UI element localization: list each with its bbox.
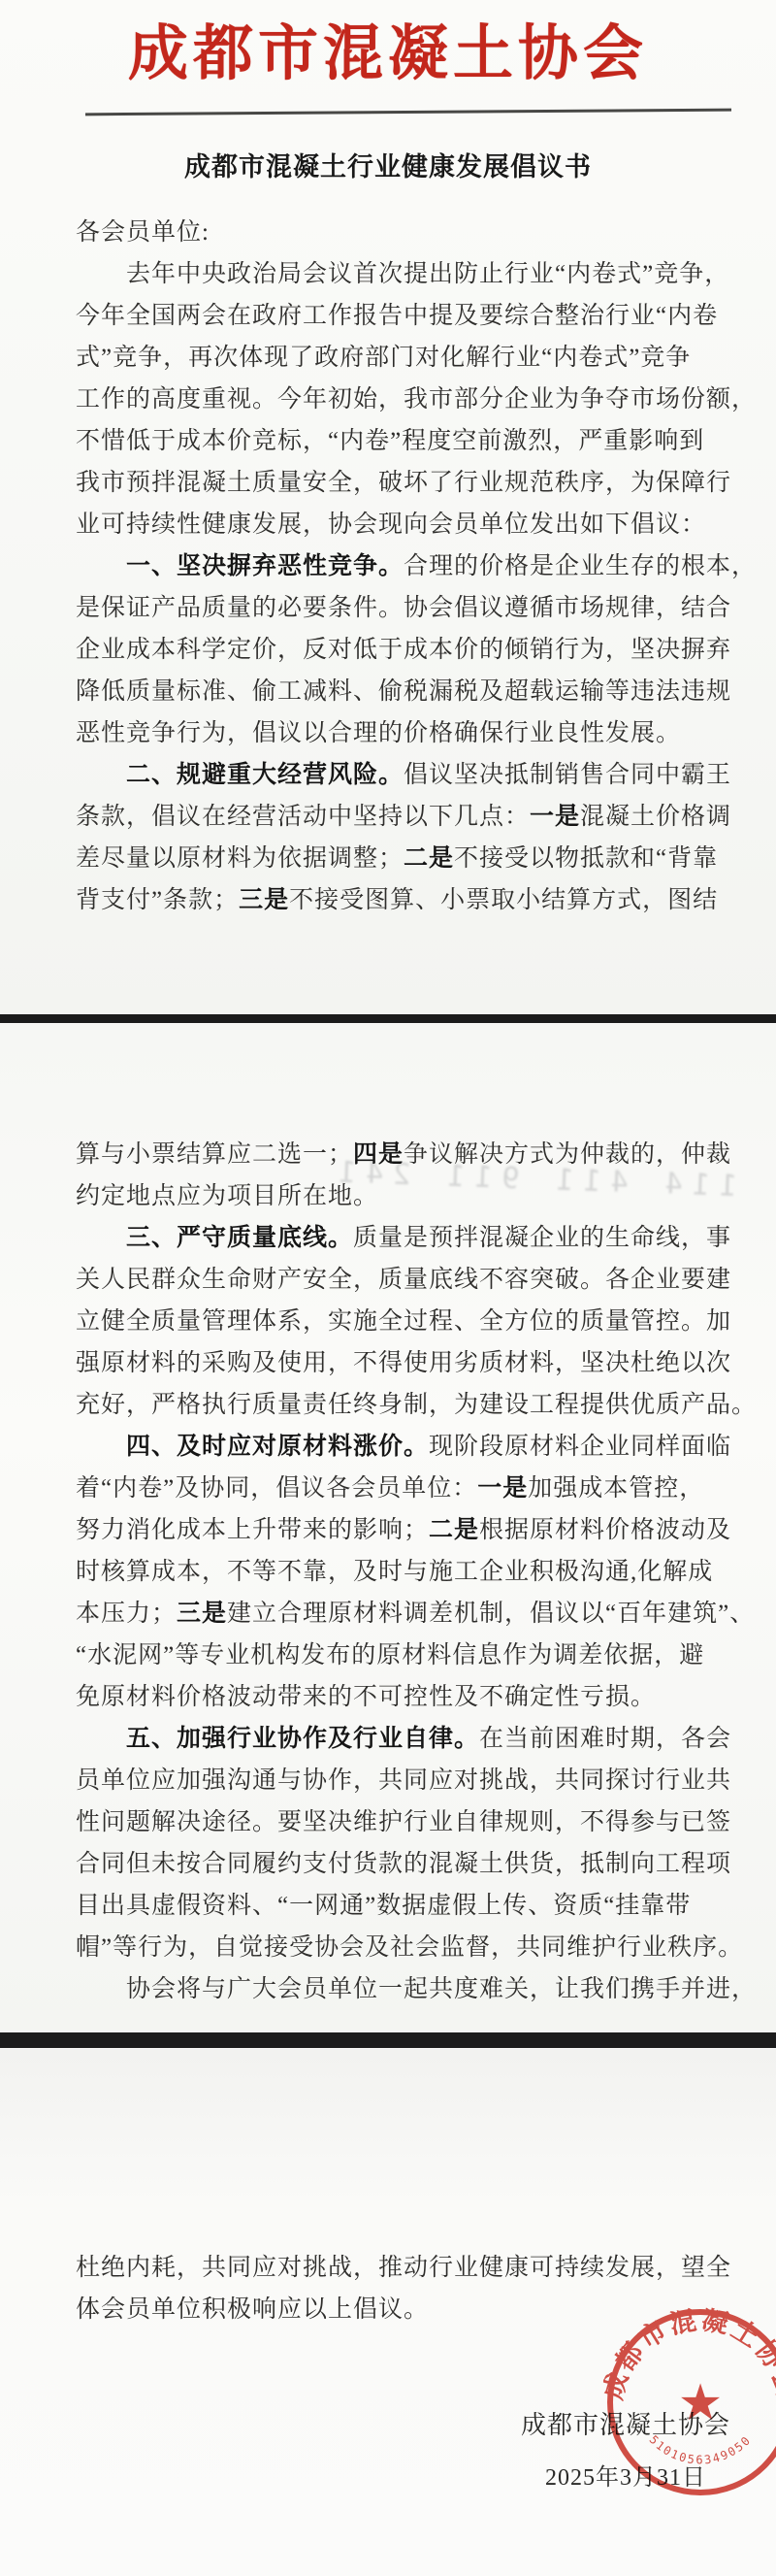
text-segment: 企业成本科学定价，反对低于成本价的倾销行为，坚决摒弃 xyxy=(76,637,731,663)
text-line: 时核算成本，不等不靠，及时与施工企业积极沟通,化解成 xyxy=(76,1551,735,1593)
text-line: 性问题解决途径。要坚决维护行业自律规则，不得参与已签 xyxy=(76,1801,735,1843)
bold-text-segment: 五、加强行业协作及行业自律。 xyxy=(126,1726,479,1752)
text-line: 算与小票结算应二选一；四是争议解决方式为仲裁的，仲裁 xyxy=(76,1134,735,1175)
text-line: 本压力；三是建立合理原材料调差机制，倡议以“百年建筑”、 xyxy=(76,1593,735,1635)
text-line: 着“内卷”及协同，倡议各会员单位：一是加强成本管控， xyxy=(76,1468,735,1509)
letterhead-title: 成都市混凝土协会 xyxy=(0,16,776,93)
text-segment: 立健全质量管理体系，实施全过程、全方位的质量管控。加 xyxy=(76,1308,731,1335)
document-title: 成都市混凝土行业健康发展倡议书 xyxy=(0,146,776,183)
text-line: 恶性竞争行为，倡议以合理的价格确保行业良性发展。 xyxy=(76,712,735,754)
text-segment: 目出具虚假资料、“一网通”数据虚假上传、资质“挂靠带 xyxy=(76,1893,691,1919)
page-3: 杜绝内耗，共同应对挑战，推动行业健康可持续发展，望全体会员单位积极响应以上倡议。… xyxy=(0,2049,776,2576)
text-segment: 杜绝内耗，共同应对挑战，推动行业健康可持续发展，望全 xyxy=(76,2255,731,2281)
bold-text-segment: 一是 xyxy=(530,804,580,830)
bold-text-segment: 二、规避重大经营风险。 xyxy=(126,762,404,788)
text-line: 二、规避重大经营风险。倡议坚决抵制销售合同中霸王 xyxy=(76,754,735,796)
text-segment: 工作的高度重视。今年初始，我市部分企业为争夺市场份额， xyxy=(76,386,757,413)
text-segment: 强原材料的采购及使用，不得使用劣质材料，坚决杜绝以次 xyxy=(76,1350,731,1376)
text-segment: 着“内卷”及协同，倡议各会员单位： xyxy=(76,1475,477,1502)
text-segment: 不接受图算、小票取小结算方式，图结 xyxy=(289,887,718,913)
text-segment: 降低质量标准、偷工减料、偷税漏税及超载运输等违法违规 xyxy=(76,678,731,705)
text-line: 去年中央政治局会议首次提出防止行业“内卷式”竞争， xyxy=(76,253,735,295)
text-line: 不惜低于成本价竞标，“内卷”程度空前激烈，严重影响到 xyxy=(76,420,735,462)
text-segment: 加强成本管控， xyxy=(528,1475,704,1502)
text-line: 合同但未按合同履约支付货款的混凝土供货，抵制向工程项 xyxy=(76,1843,735,1885)
text-segment: 差尽量以原材料为依据调整； xyxy=(76,845,404,872)
text-line: 三、严守质量底线。质量是预拌混凝企业的生命线，事 xyxy=(76,1217,735,1259)
text-segment: 各会员单位: xyxy=(76,219,210,246)
bold-text-segment: 二是 xyxy=(404,845,454,872)
text-segment: 时核算成本，不等不靠，及时与施工企业积极沟通,化解成 xyxy=(76,1559,713,1585)
text-segment: 关人民群众生命财产安全，质量底线不容突破。各企业要建 xyxy=(76,1267,731,1293)
text-line: 降低质量标准、偷工减料、偷税漏税及超载运输等违法违规 xyxy=(76,671,735,712)
text-line: 式”竞争，再次体现了政府部门对化解行业“内卷式”竞争 xyxy=(76,337,735,379)
text-segment: 算与小票结算应二选一； xyxy=(76,1141,353,1168)
text-line: 五、加强行业协作及行业自律。在当前困难时期，各会 xyxy=(76,1718,735,1760)
text-segment: 性问题解决途径。要坚决维护行业自律规则，不得参与已签 xyxy=(76,1809,731,1835)
text-line: 强原材料的采购及使用，不得使用劣质材料，坚决杜绝以次 xyxy=(76,1342,735,1384)
text-segment: 本压力； xyxy=(76,1601,177,1627)
bold-text-segment: 一是 xyxy=(477,1475,528,1502)
text-line: 免原材料价格波动带来的不可控性及不确定性亏损。 xyxy=(76,1676,735,1718)
bold-text-segment: 四是 xyxy=(353,1141,404,1168)
text-segment: 条款，倡议在经营活动中坚持以下几点： xyxy=(76,804,530,830)
text-segment: 业可持续性健康发展，协会现向会员单位发出如下倡议： xyxy=(76,512,706,538)
text-line: 条款，倡议在经营活动中坚持以下几点：一是混凝土价格调 xyxy=(76,796,735,838)
text-line: “水泥网”等专业机构发布的原材料信息作为调差依据，避 xyxy=(76,1635,735,1676)
text-line: 今年全国两会在政府工作报告中提及要综合整治行业“内卷 xyxy=(76,295,735,337)
page-2: 114 411 911 241 算与小票结算应二选一；四是争议解决方式为仲裁的，… xyxy=(0,1025,776,2034)
text-segment: 是保证产品质量的必要条件。协会倡议遵循市场规律，结合 xyxy=(76,595,731,621)
text-segment: 充好，严格执行质量责任终身制，为建设工程提供优质产品。 xyxy=(76,1392,757,1418)
text-segment: 我市预拌混凝土质量安全，破坏了行业规范秩序，为保障行 xyxy=(76,470,731,496)
text-line: 差尽量以原材料为依据调整；二是不接受以物抵款和“背靠 xyxy=(76,838,735,879)
text-line: 一、坚决摒弃恶性竞争。合理的价格是企业生存的根本， xyxy=(76,545,735,587)
page-separator-1 xyxy=(0,1014,776,1023)
seal-star-icon: ★ xyxy=(678,2376,724,2431)
text-line: 是保证产品质量的必要条件。协会倡议遵循市场规律，结合 xyxy=(76,587,735,629)
bold-text-segment: 三是 xyxy=(177,1601,227,1627)
text-segment: 恶性竞争行为，倡议以合理的价格确保行业良性发展。 xyxy=(76,720,681,746)
text-line: 各会员单位: xyxy=(76,212,735,253)
text-segment: 体会员单位积极响应以上倡议。 xyxy=(76,2296,429,2323)
text-segment: “水泥网”等专业机构发布的原材料信息作为调差依据，避 xyxy=(76,1642,704,1668)
text-line: 四、及时应对原材料涨价。现阶段原材料企业同样面临 xyxy=(76,1426,735,1468)
bold-text-segment: 三、严守质量底线。 xyxy=(126,1225,353,1251)
text-segment: 免原材料价格波动带来的不可控性及不确定性亏损。 xyxy=(76,1684,656,1710)
bold-text-segment: 三是 xyxy=(239,887,289,913)
scanned-document: 成都市混凝土协会 成都市混凝土行业健康发展倡议书 各会员单位:去年中央政治局会议… xyxy=(0,0,776,2576)
text-segment: 质量是预拌混凝企业的生命线，事 xyxy=(353,1225,731,1251)
text-segment: 在当前困难时期，各会 xyxy=(479,1726,731,1752)
text-line: 充好，严格执行质量责任终身制，为建设工程提供优质产品。 xyxy=(76,1384,735,1426)
letterhead-rule xyxy=(85,109,731,116)
text-line: 企业成本科学定价，反对低于成本价的倾销行为，坚决摒弃 xyxy=(76,629,735,671)
text-segment: 约定地点应为项目所在地。 xyxy=(76,1183,378,1209)
text-segment: 合同但未按合同履约支付货款的混凝土供货，抵制向工程项 xyxy=(76,1851,731,1877)
text-line: 协会将与广大会员单位一起共度难关，让我们携手并进， xyxy=(76,1968,735,2010)
text-segment: 混凝土价格调 xyxy=(580,804,731,830)
page-separator-2 xyxy=(0,2032,776,2048)
text-segment: 协会将与广大会员单位一起共度难关，让我们携手并进， xyxy=(126,1976,757,2002)
text-line: 背支付”条款；三是不接受图算、小票取小结算方式，图结 xyxy=(76,879,735,921)
text-segment: 不接受以物抵款和“背靠 xyxy=(454,845,718,872)
text-line: 业可持续性健康发展，协会现向会员单位发出如下倡议： xyxy=(76,504,735,545)
seal-code: 5101056349050 xyxy=(647,2432,755,2466)
text-segment: 努力消化成本上升带来的影响； xyxy=(76,1517,429,1543)
text-segment: 不惜低于成本价竞标，“内卷”程度空前激烈，严重影响到 xyxy=(76,428,704,454)
text-line: 目出具虚假资料、“一网通”数据虚假上传、资质“挂靠带 xyxy=(76,1885,735,1927)
text-line: 帽”等行为，自觉接受协会及社会监督，共同维护行业秩序。 xyxy=(76,1927,735,1968)
bold-text-segment: 一、坚决摒弃恶性竞争。 xyxy=(126,553,404,579)
text-segment: 现阶段原材料企业同样面临 xyxy=(429,1434,731,1460)
text-segment: 今年全国两会在政府工作报告中提及要综合整治行业“内卷 xyxy=(76,303,718,329)
bold-text-segment: 二是 xyxy=(429,1517,479,1543)
text-line: 工作的高度重视。今年初始，我市部分企业为争夺市场份额， xyxy=(76,379,735,420)
page-2-body: 算与小票结算应二选一；四是争议解决方式为仲裁的，仲裁约定地点应为项目所在地。三、… xyxy=(76,1134,735,2010)
text-segment: 倡议坚决抵制销售合同中霸王 xyxy=(404,762,731,788)
text-segment: 建立合理原材料调差机制，倡议以“百年建筑”、 xyxy=(227,1601,755,1627)
text-line: 立健全质量管理体系，实施全过程、全方位的质量管控。加 xyxy=(76,1301,735,1342)
official-seal-stamp: 成都市混凝土协会 ★ 5101056349050 xyxy=(603,2305,776,2499)
text-line: 努力消化成本上升带来的影响；二是根据原材料价格波动及 xyxy=(76,1509,735,1551)
text-line: 我市预拌混凝土质量安全，破坏了行业规范秩序，为保障行 xyxy=(76,462,735,504)
page-1: 成都市混凝土协会 成都市混凝土行业健康发展倡议书 各会员单位:去年中央政治局会议… xyxy=(0,0,776,1016)
text-segment: 式”竞争，再次体现了政府部门对化解行业“内卷式”竞争 xyxy=(76,345,691,371)
text-segment: 去年中央政治局会议首次提出防止行业“内卷式”竞争， xyxy=(126,261,729,287)
text-segment: 帽”等行为，自觉接受协会及社会监督，共同维护行业秩序。 xyxy=(76,1934,743,1961)
text-line: 关人民群众生命财产安全，质量底线不容突破。各企业要建 xyxy=(76,1259,735,1301)
text-segment: 背支付”条款； xyxy=(76,887,239,913)
page-1-body: 各会员单位:去年中央政治局会议首次提出防止行业“内卷式”竞争，今年全国两会在政府… xyxy=(76,212,735,921)
text-line: 杜绝内耗，共同应对挑战，推动行业健康可持续发展，望全 xyxy=(76,2247,735,2289)
text-segment: 合理的价格是企业生存的根本， xyxy=(404,553,757,579)
text-segment: 根据原材料价格波动及 xyxy=(479,1517,731,1543)
bold-text-segment: 四、及时应对原材料涨价。 xyxy=(126,1434,429,1460)
text-line: 员单位应加强沟通与协作，共同应对挑战，共同探讨行业共 xyxy=(76,1760,735,1801)
text-line: 约定地点应为项目所在地。 xyxy=(76,1175,735,1217)
text-segment: 争议解决方式为仲裁的，仲裁 xyxy=(404,1141,731,1168)
text-segment: 员单位应加强沟通与协作，共同应对挑战，共同探讨行业共 xyxy=(76,1767,731,1794)
